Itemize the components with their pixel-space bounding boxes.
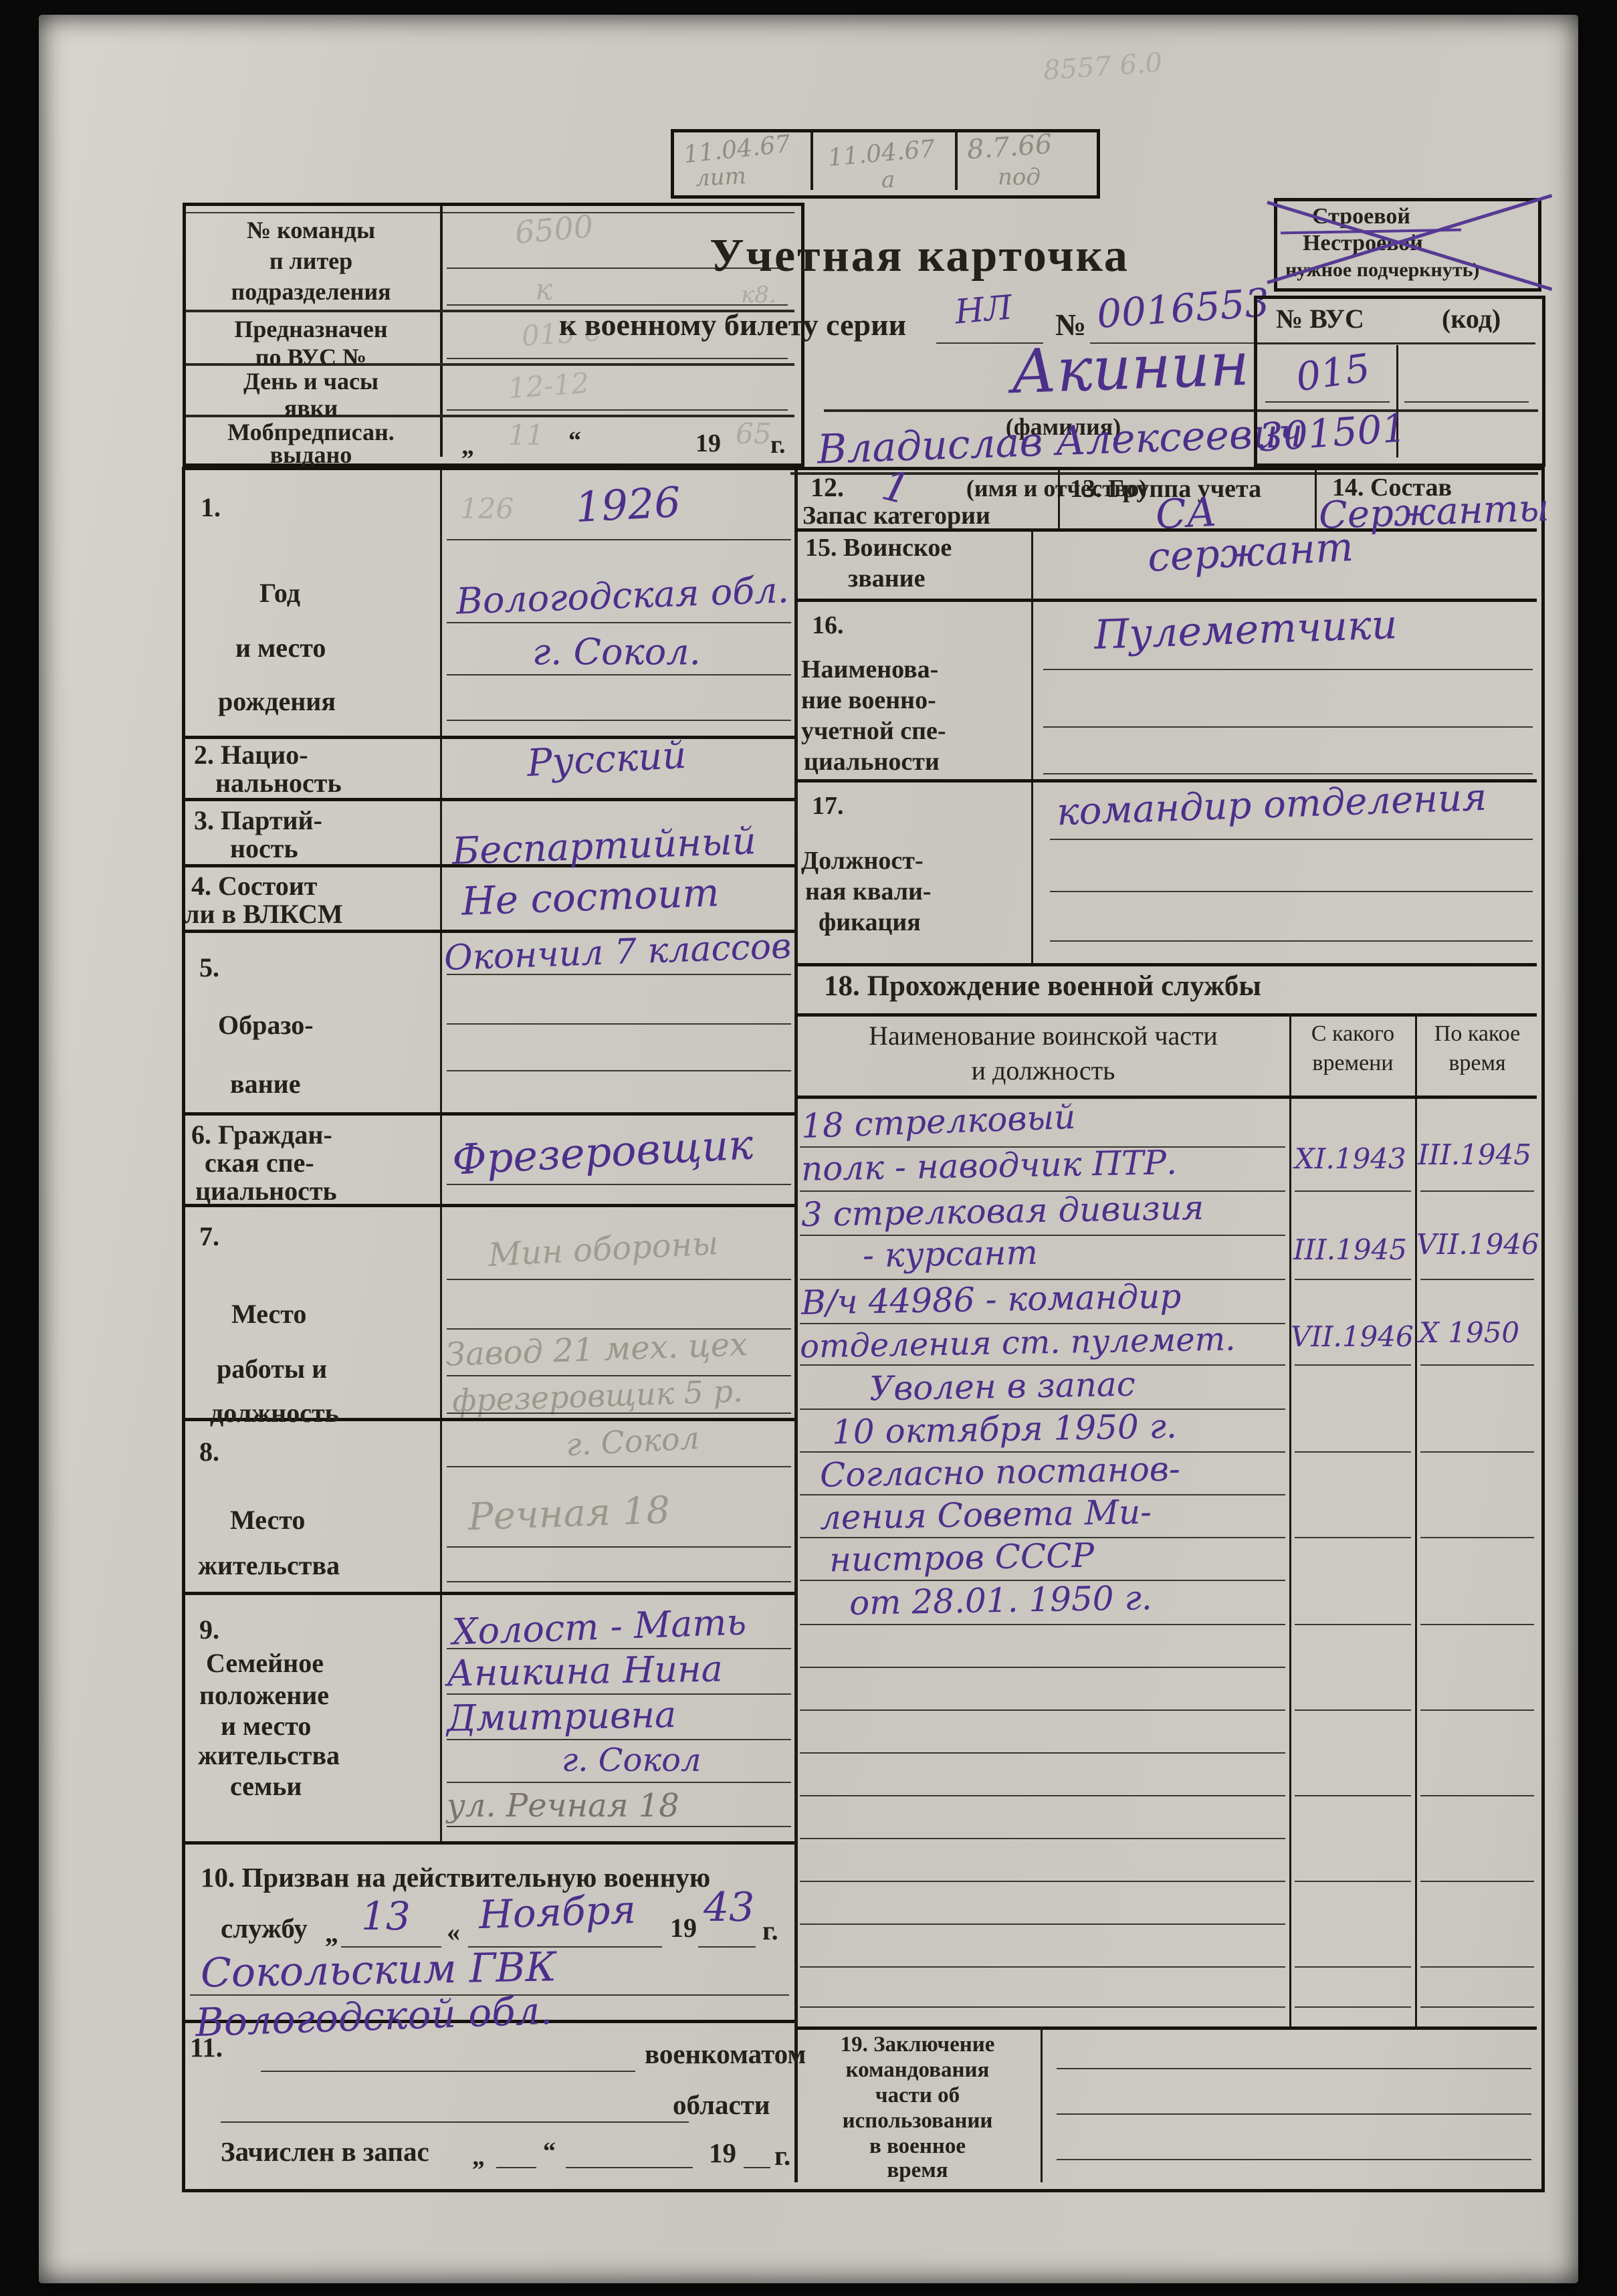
row9-label-3: и место	[221, 1712, 311, 1740]
row3-value: Беспартийный	[451, 823, 756, 871]
left-label-divider	[440, 470, 442, 1841]
entry-line	[1057, 2113, 1531, 2115]
service-row-text: нистров СССР	[829, 1539, 1095, 1577]
entry-line	[447, 1279, 791, 1280]
service-header-from: С какого	[1292, 1022, 1414, 1046]
entry-line	[447, 974, 791, 975]
entry-line	[447, 539, 791, 540]
service-header-rule	[796, 1095, 1537, 1099]
entry-line	[1295, 1881, 1411, 1882]
row10-quote-2: «	[447, 1918, 460, 1946]
row8-value-2: Речная 18	[467, 1492, 671, 1537]
divider-13-14	[1315, 470, 1317, 528]
row6-label-2: ская спе-	[205, 1149, 314, 1177]
entry-line	[447, 622, 791, 623]
row17-label-3: фикация	[819, 910, 921, 936]
date-box-divider-2	[955, 132, 958, 190]
vus-line-2	[1404, 401, 1529, 403]
label-day-hours-2: явки	[187, 396, 435, 421]
row9-value-4: г. Сокол	[562, 1744, 702, 1776]
row1-pencil: 126	[460, 495, 514, 523]
row6-label-1: 6. Граждан-	[191, 1121, 332, 1149]
row-divider	[796, 2026, 1537, 2030]
entry-line	[447, 674, 791, 675]
row16-label-2: ние военно-	[801, 688, 936, 714]
row10-gvk: Сокольским ГВК	[201, 1947, 557, 1993]
row1-label-3: рождения	[218, 688, 336, 716]
section19-label-2: командования	[798, 2059, 1037, 2082]
row3-label-1: 3. Партий-	[194, 807, 322, 835]
label-day-hours: День и часы	[187, 369, 435, 395]
row-divider	[185, 1592, 794, 1595]
entry-line	[447, 1826, 791, 1827]
entry-line	[447, 1070, 791, 1071]
entry-line	[447, 1466, 791, 1467]
row15-label-2: звание	[848, 566, 925, 593]
entry-line	[1420, 1881, 1534, 1882]
pencil-sign-1: лит	[695, 165, 746, 190]
row11-label-1: военкоматом	[645, 2040, 806, 2069]
service-row-from: III.1945	[1293, 1236, 1407, 1264]
row1-number: 1.	[201, 494, 221, 522]
pencil-team-number: 6500	[514, 211, 595, 248]
row4-label-1: 4. Состоит	[191, 872, 317, 900]
service-row-text: 18 стрелковый	[800, 1100, 1076, 1143]
entry-line	[800, 1667, 1285, 1668]
row16-label-3: учетной спе-	[801, 718, 946, 745]
section19-label-1: 19. Заключение	[798, 2033, 1037, 2057]
row10-oblast: Вологодской обл.	[195, 1991, 553, 2043]
row-divider	[185, 736, 794, 739]
service-header-unit: Наименование воинской части	[802, 1022, 1284, 1050]
service-row-text: ления Совета Ми-	[820, 1495, 1152, 1535]
pencil-sign-3: под	[998, 166, 1041, 189]
row8-value-1: г. Сокол	[565, 1423, 700, 1460]
pencil-team-letter: к	[535, 276, 552, 305]
row-divider	[185, 1112, 794, 1116]
label-team-number-3: подразделения	[187, 280, 435, 305]
service-col-divider-1	[1289, 1013, 1291, 2026]
row16-label-1: Наименова-	[801, 657, 938, 684]
section18-title: 18. Прохождение военной службы	[824, 971, 1261, 1001]
service-row-text: 10 октября 1950 г.	[832, 1410, 1178, 1449]
row9-label-4: жительства	[198, 1742, 340, 1770]
pencil-mob-day: 11	[508, 421, 544, 449]
entry-line	[1057, 2068, 1531, 2069]
service-row-text: 3 стрелковая дивизия	[801, 1191, 1204, 1232]
vus-value-1: 015	[1294, 348, 1373, 397]
print-year-19: 19	[695, 431, 721, 457]
row5-label-1: Образо-	[218, 1011, 314, 1039]
right-label-divider	[1031, 528, 1033, 963]
row6-label-3: циальность	[195, 1177, 337, 1205]
entry-line	[1295, 1795, 1411, 1796]
service-row-text: - курсант	[863, 1236, 1039, 1273]
row-divider	[796, 599, 1537, 602]
service-row-from: XI.1943	[1295, 1145, 1406, 1173]
row13-value: СА	[1154, 492, 1217, 536]
pencil-date-3: 8.7.66	[966, 131, 1053, 164]
row11-number: 11.	[190, 2033, 223, 2062]
vus-header-line	[1257, 342, 1535, 344]
service-col-divider-2	[1415, 1013, 1417, 2026]
row-divider	[796, 1013, 1537, 1017]
date-box-divider-1	[811, 132, 813, 190]
section19-label-4: использовании	[798, 2109, 1037, 2133]
service-row-text: полк - наводчик ПТР.	[801, 1146, 1178, 1186]
row1-value-city: г. Сокол.	[532, 634, 701, 670]
entry-line	[800, 1881, 1285, 1882]
row17-label-2: ная квали-	[805, 879, 932, 906]
row8-label-1: Место	[230, 1506, 305, 1534]
pencil-scribble-top: 8557 6.0	[1043, 49, 1163, 84]
double-rule	[186, 212, 794, 213]
row10-day: 13	[361, 1897, 411, 1936]
label-vus-purpose: Предназначен	[187, 317, 435, 342]
row11-quote-close: “	[543, 2139, 556, 2166]
entry-line	[1420, 1966, 1534, 1968]
service-row-to: III.1945	[1418, 1141, 1531, 1169]
row9-value-2: Аникина Нина	[447, 1651, 724, 1691]
row4-value: Не состоит	[461, 873, 720, 920]
pencil-day-hours: 12-12	[508, 369, 590, 403]
entry-line	[447, 1413, 791, 1414]
row2-label-1: 2. Нацио-	[194, 741, 308, 769]
service-header-unit-2: и должность	[802, 1057, 1284, 1085]
label-underline-needed: нужное подчеркнуть)	[1285, 259, 1479, 281]
row1-label-2: и место	[235, 634, 326, 662]
entry-line	[1420, 1451, 1534, 1453]
row12-number: 12.	[811, 474, 844, 502]
row7-value-2: Завод 21 мех. цех	[445, 1328, 748, 1371]
entry-line	[1295, 1190, 1411, 1192]
row8-label-2: жительства	[198, 1552, 340, 1580]
row2-value: Русский	[526, 737, 687, 782]
subtitle: к военному билету серии	[559, 309, 906, 341]
entry-line	[1050, 839, 1533, 840]
entry-line	[1050, 891, 1533, 892]
service-row-to: X 1950	[1419, 1319, 1519, 1347]
row9-number: 9.	[199, 1616, 219, 1644]
row5-number: 5.	[199, 954, 219, 982]
entry-line	[800, 1966, 1285, 1968]
row5-label-2: вание	[230, 1070, 300, 1098]
label-vus-code: (код)	[1442, 305, 1501, 333]
entry-line	[447, 1739, 791, 1740]
row7-value-3: фрезеровщик 5 р.	[451, 1375, 743, 1416]
row11-label-2: области	[673, 2091, 770, 2119]
label-vus-number: № ВУС	[1276, 305, 1364, 333]
row16-number: 16.	[812, 613, 844, 639]
entry-line	[1420, 2006, 1534, 2008]
entry-line	[800, 1624, 1285, 1625]
entry-line	[447, 1184, 791, 1185]
service-header-from-2: времени	[1292, 1051, 1414, 1075]
entry-line	[447, 409, 788, 411]
entry-line	[1295, 1451, 1411, 1453]
entry-line	[1420, 1364, 1534, 1366]
row11-year: 19	[709, 2139, 736, 2168]
row8-number: 8.	[199, 1438, 219, 1466]
row16-value: Пулеметчики	[1093, 605, 1398, 655]
entry-line	[1295, 1537, 1411, 1538]
entry-line	[261, 2071, 635, 2072]
row1-value-year: 1926	[574, 482, 681, 528]
entry-line	[744, 2167, 770, 2168]
section19-divider	[1041, 2026, 1043, 2182]
pencil-sign-2: а	[881, 169, 895, 191]
row11-g: г.	[774, 2142, 790, 2170]
service-row-to: VII.1946	[1416, 1231, 1539, 1259]
entry-line	[1420, 1795, 1534, 1796]
row3-label-2: ность	[230, 835, 298, 863]
entry-line	[1057, 2159, 1531, 2160]
entry-line	[1043, 773, 1533, 774]
row15-value: сержант	[1147, 527, 1355, 578]
print-g: г.	[770, 432, 785, 459]
row7-label-3: должность	[210, 1399, 339, 1427]
entry-line	[1295, 1966, 1411, 1968]
section19-label-6: время	[798, 2159, 1037, 2182]
service-header-to-2: время	[1418, 1051, 1537, 1075]
row17-number: 17.	[812, 793, 844, 820]
entry-line	[698, 1946, 756, 1948]
entry-line	[447, 1782, 791, 1783]
row9-value-3: Дмитривна	[447, 1697, 677, 1737]
row10-g: г.	[762, 1917, 778, 1945]
entry-line	[800, 1838, 1285, 1839]
pencil-k8: к8.	[741, 284, 776, 306]
entry-line	[1295, 1624, 1411, 1625]
entry-line	[1043, 726, 1533, 728]
pencil-mob-year: 65	[736, 420, 771, 448]
entry-line	[447, 358, 788, 359]
row7-label-1: Место	[231, 1300, 306, 1328]
row9-value-1: Холост - Мать	[451, 1604, 747, 1650]
row11-quote-open: „	[472, 2144, 485, 2171]
row-divider	[796, 963, 1537, 966]
label-team-number-2: п литер	[187, 249, 435, 274]
row9-label-1: Семейное	[206, 1649, 324, 1677]
entry-line	[800, 1752, 1285, 1754]
row10-quote-open: „	[325, 1919, 338, 1948]
service-row-text: Согласно постанов-	[820, 1452, 1181, 1491]
row9-label-2: положение	[199, 1681, 329, 1709]
entry-line	[800, 1923, 1285, 1925]
service-row-text: Уволен в запас	[869, 1368, 1136, 1406]
service-row-from: VII.1946	[1291, 1323, 1414, 1351]
service-row-text: от 28.01. 1950 г.	[849, 1581, 1152, 1620]
service-header-to: По какое	[1418, 1022, 1537, 1046]
entry-line	[1420, 1709, 1534, 1711]
row14-value: Сержанты	[1318, 490, 1549, 535]
quote-close: “	[568, 428, 581, 455]
series-value: НЛ	[954, 290, 1013, 328]
row10-year-ink: 43	[704, 1887, 754, 1927]
divider-12-13	[1058, 470, 1060, 528]
entry-line	[447, 1023, 791, 1025]
entry-line	[1050, 940, 1533, 942]
entry-line	[1295, 1709, 1411, 1711]
label-stroevoy: Строевой	[1312, 205, 1410, 229]
row16-label-4: циальности	[804, 749, 940, 776]
row17-label-1: Должност-	[801, 848, 924, 875]
section19-label-5: в военное	[798, 2135, 1037, 2158]
section19-label-3: части об	[798, 2084, 1037, 2107]
entry-line	[1295, 2006, 1411, 2008]
row15-label-1: 15. Воинское	[805, 535, 952, 562]
entry-line	[1295, 1364, 1411, 1366]
entry-line	[447, 304, 788, 306]
service-row-text: отделения ст. пулемет.	[800, 1323, 1236, 1362]
row9-value-5: ул. Речная 18	[447, 1790, 679, 1822]
label-mob-order-2: выдано	[187, 443, 435, 468]
label-team-number: № команды	[187, 218, 435, 243]
entry-line	[800, 1709, 1285, 1711]
vus-value-2: 301501	[1257, 408, 1408, 457]
entry-line	[447, 720, 791, 721]
row10-label-2: службу	[221, 1914, 308, 1943]
row10-month: Ноября	[478, 1890, 637, 1934]
entry-line	[221, 2121, 689, 2123]
quote-open: „	[461, 433, 474, 460]
entry-line	[566, 2167, 693, 2168]
entry-line	[800, 2006, 1285, 2008]
vus-line-1	[1265, 401, 1390, 403]
service-row-text: В/ч 44986 - командир	[801, 1279, 1182, 1320]
entry-line	[1420, 1537, 1534, 1538]
ticket-number: 0016553	[1095, 283, 1271, 334]
row11-label-3: Зачислен в запас	[221, 2137, 429, 2166]
entry-line	[447, 1581, 791, 1582]
page-title: Учетная карточка	[642, 231, 1197, 281]
main-center-divider	[794, 470, 798, 2182]
entry-line	[800, 1364, 1285, 1366]
row-divider	[185, 1841, 794, 1845]
row1-label-1: Год	[259, 579, 300, 607]
row7-number: 7.	[199, 1223, 219, 1251]
entry-line	[1420, 1279, 1534, 1280]
entry-line	[1420, 1624, 1534, 1625]
entry-line	[447, 1546, 791, 1548]
entry-line	[1420, 1190, 1534, 1192]
row-divider	[185, 798, 794, 801]
row10-year-print: 19	[670, 1914, 697, 1942]
entry-line	[496, 2167, 536, 2168]
entry-line	[1295, 1279, 1411, 1280]
row4-label-2: ли в ВЛКСМ	[185, 900, 343, 928]
label-vus-purpose-2: по ВУС №	[187, 345, 435, 371]
row7-label-2: работы и	[217, 1355, 327, 1383]
mobilization-box-divider	[440, 206, 443, 457]
row2-label-2: нальность	[215, 769, 342, 797]
entry-line	[800, 1795, 1285, 1796]
entry-line	[1043, 669, 1533, 670]
row9-label-5: семьи	[230, 1772, 302, 1800]
